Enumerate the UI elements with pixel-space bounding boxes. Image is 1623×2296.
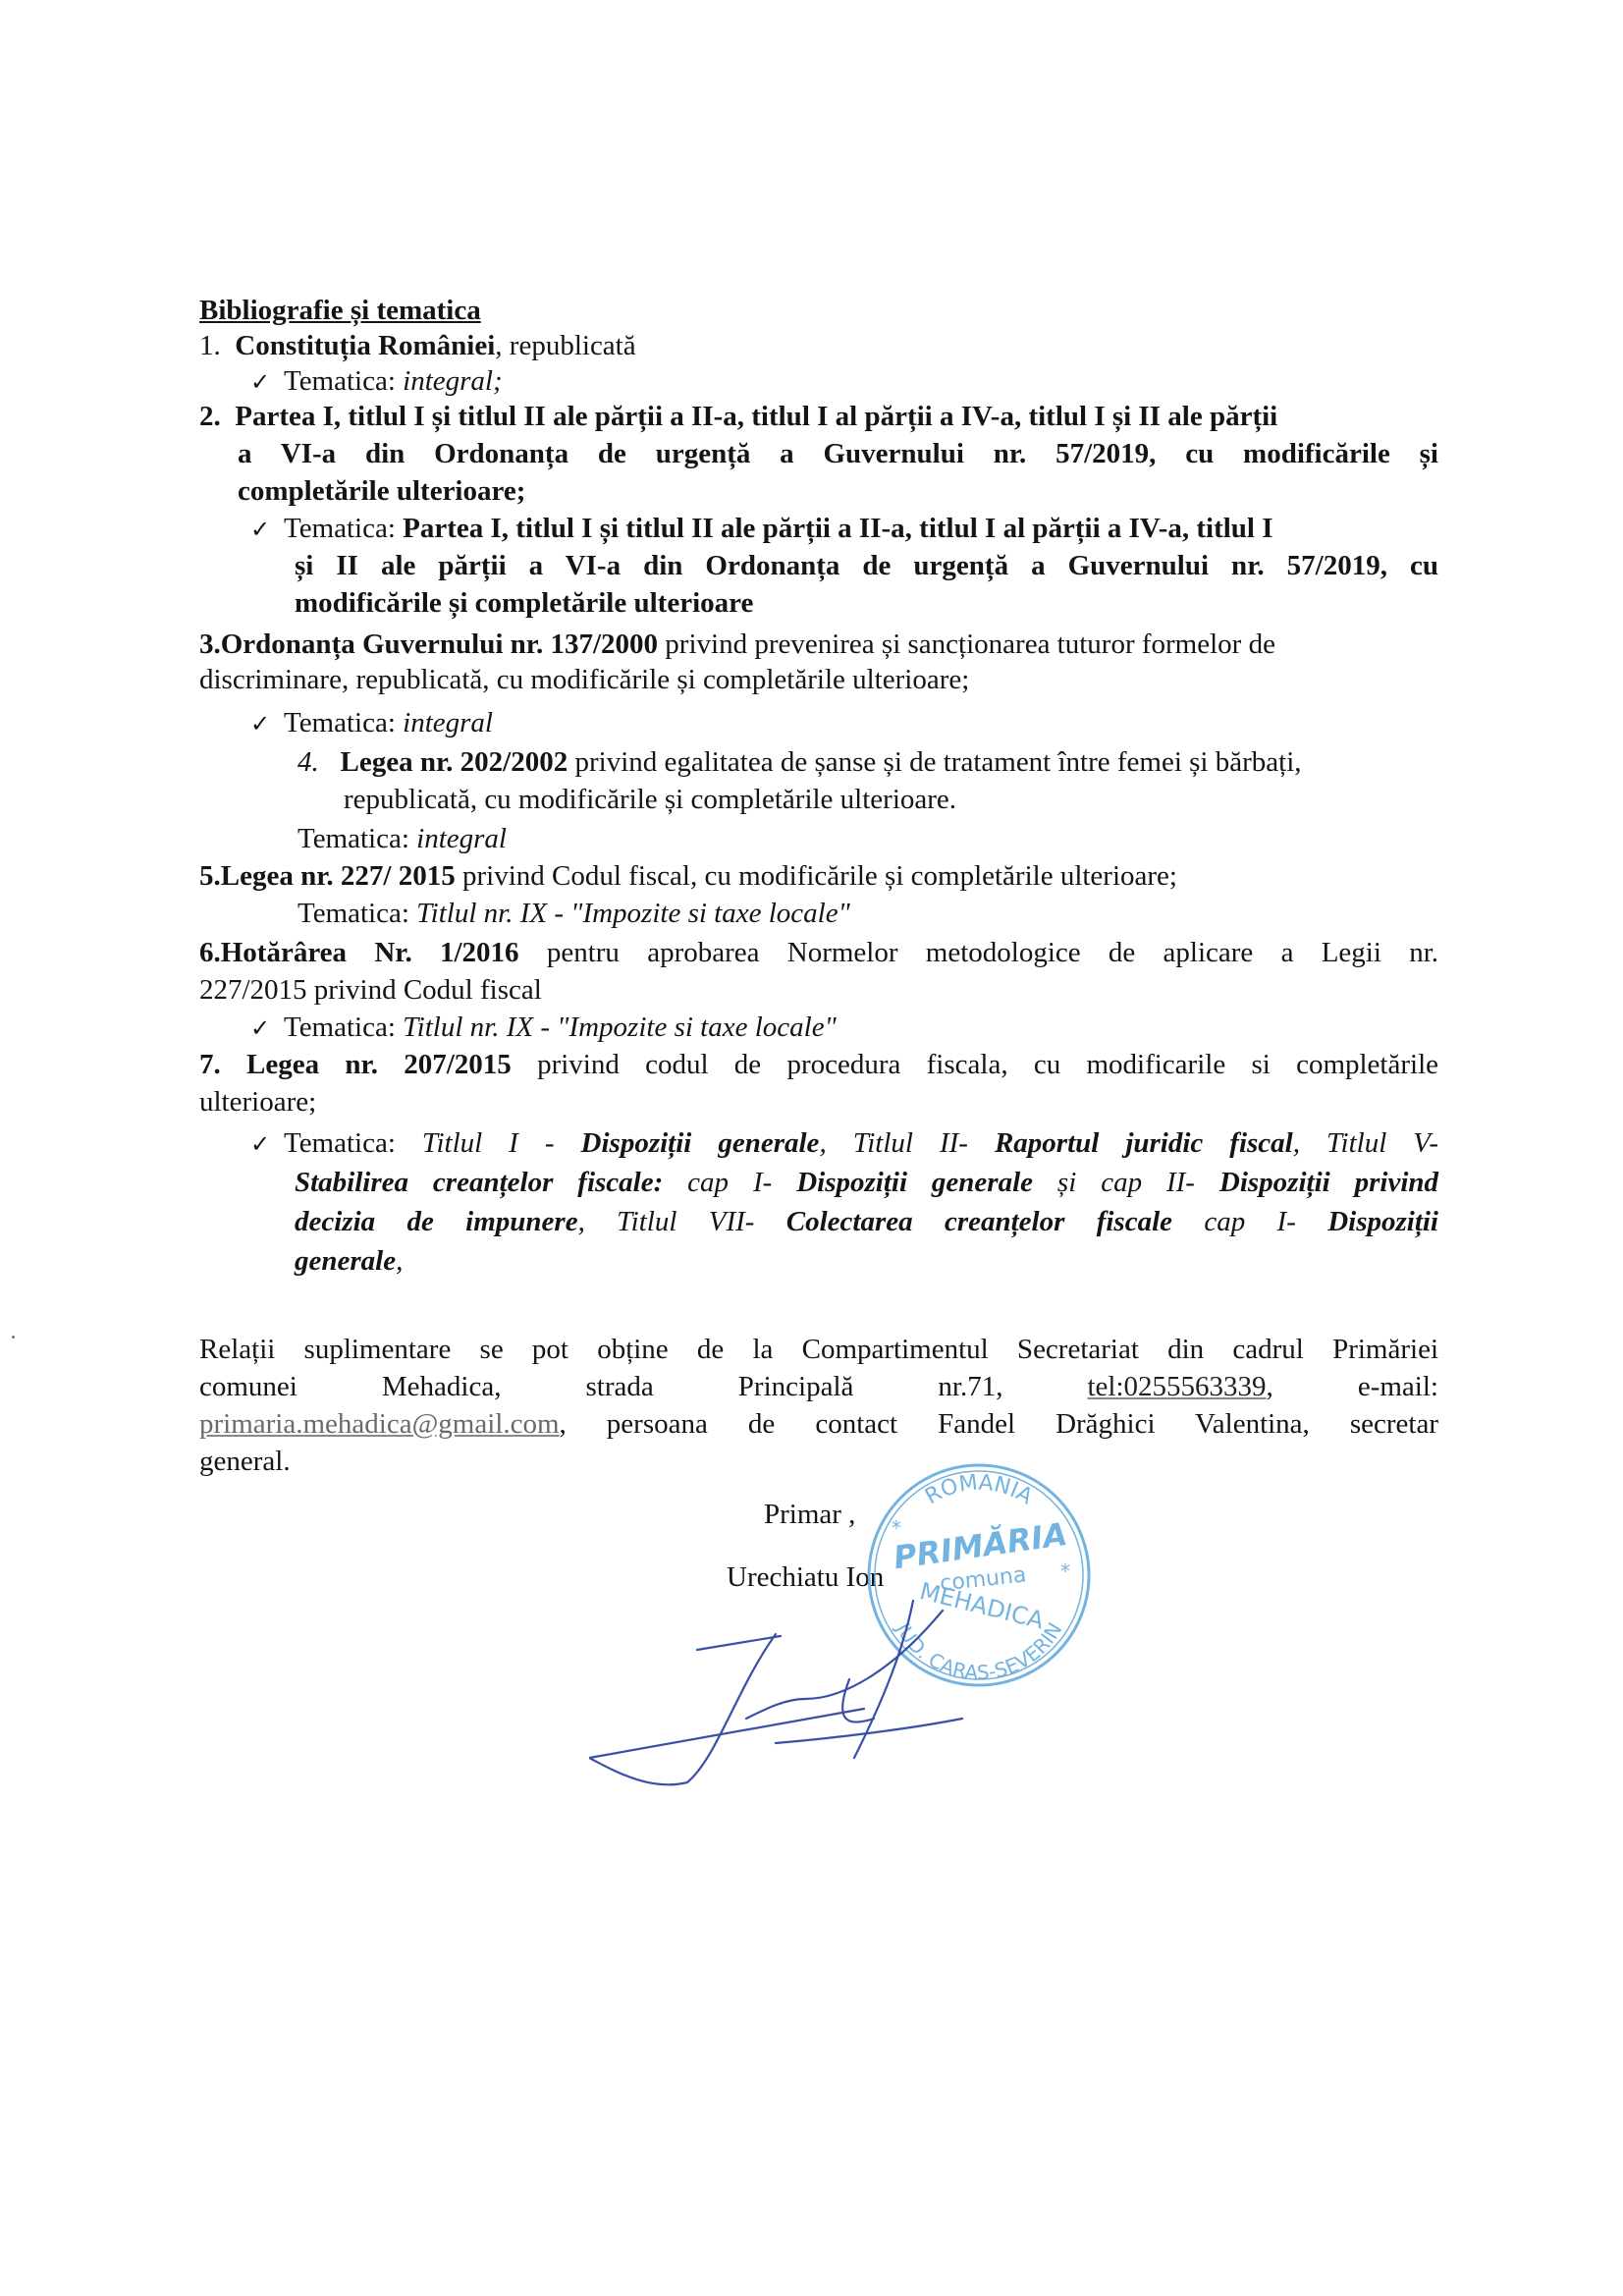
tematica-value: Partea I, titlul I și titlul II ale părț… (403, 513, 1272, 544)
tematica-text: cap I- (663, 1167, 796, 1198)
tematica-emph: Dispoziții (1327, 1206, 1438, 1237)
tematica-value: integral; (403, 365, 503, 397)
tematica-value: integral (416, 823, 507, 854)
tematica-emph: Raportul juridic fiscal (995, 1127, 1293, 1159)
item-6-tematica: ✓Tematica: Titlul nr. IX - "Impozite si … (250, 1008, 837, 1049)
contact-text: strada (586, 1367, 654, 1406)
contact-text: Mehadica, (382, 1367, 502, 1406)
item-text: privind Codul fiscal, cu modificările și… (456, 860, 1177, 892)
item-title: Partea I, titlul I și titlul II ale părț… (235, 401, 1277, 432)
tematica-emph: Colectarea creanțelor fiscale (786, 1206, 1172, 1237)
tematica-label: Tematica: (284, 1011, 396, 1043)
item-number: 1. (199, 330, 221, 361)
item-text: ulterioare; (199, 1086, 316, 1118)
item-7-tematica-line2: Stabilirea creanțelor fiscale: cap I- Di… (295, 1163, 1438, 1202)
item-title: Constituția României (235, 330, 495, 361)
tematica-value-cont: modificările și completările ulterioare (295, 587, 753, 619)
heading-text: Bibliografie și tematica (199, 295, 481, 326)
section-heading: Bibliografie și tematica (199, 291, 481, 330)
item-6-line2: 227/2015 privind Codul fiscal (199, 970, 542, 1010)
tematica-emph: Dispoziții generale (581, 1127, 820, 1159)
item-text: 227/2015 privind Codul fiscal (199, 974, 542, 1006)
tematica-emph: generale (295, 1245, 396, 1277)
item-7-tematica: ✓Tematica: Titlul I - Dispoziții general… (250, 1123, 1438, 1165)
item-1: 1. Constituția României, republicată (199, 326, 636, 365)
item-7-tematica-line3: decizia de impunere, Titlul VII- Colecta… (295, 1202, 1438, 1241)
item-text: privind egalitatea de șanse și de tratam… (568, 746, 1301, 778)
check-icon: ✓ (250, 1010, 284, 1049)
check-icon: ✓ (250, 705, 284, 744)
contact-text: e-mail: (1358, 1367, 1438, 1406)
phone-link[interactable]: tel:0255563339 (1088, 1371, 1267, 1402)
item-5: 5.Legea nr. 227/ 2015 privind Codul fisc… (199, 856, 1177, 896)
check-icon: ✓ (250, 1125, 284, 1165)
tematica-text: , Titlul VII- (578, 1206, 786, 1237)
tematica-emph: decizia de impunere (295, 1206, 578, 1237)
item-text: privind codul de procedura fiscala, cu m… (512, 1049, 1438, 1080)
item-2: 2. Partea I, titlul I și titlul II ale p… (199, 397, 1438, 436)
contact-text: general. (199, 1446, 291, 1477)
item-4-line2: republicată, cu modificările și completă… (344, 780, 956, 819)
check-icon: ✓ (250, 511, 284, 550)
tematica-label: Tematica: (284, 513, 396, 544)
item-title: Legea nr. 202/2002 (341, 746, 568, 778)
item-5-tematica: Tematica: Titlul nr. IX - "Impozite si t… (298, 894, 850, 933)
tematica-emph: Dispoziții privind (1219, 1167, 1438, 1198)
tematica-label: Tematica: (284, 707, 396, 738)
tematica-text: Titlul I - (422, 1127, 581, 1159)
email-link[interactable]: primaria.mehadica@gmail.com (199, 1408, 560, 1440)
contact-text: , (1267, 1371, 1273, 1402)
item-text: , republicată (495, 330, 635, 361)
tematica-text: , (396, 1245, 403, 1277)
svg-text:ROMANIA: ROMANIA (921, 1471, 1037, 1510)
item-text: discriminare, republicată, cu modificări… (199, 664, 969, 695)
contact-line-4: general. (199, 1442, 291, 1481)
contact-line-3: primaria.mehadica@gmail.com, persoana de… (199, 1404, 1438, 1444)
tematica-value-cont: și II ale părții a VI-a din Ordonanța de… (295, 550, 1438, 581)
tematica-emph: Stabilirea creanțelor fiscale: (295, 1167, 663, 1198)
item-3: 3.Ordonanța Guvernului nr. 137/2000 priv… (199, 625, 1275, 664)
svg-text:*: * (892, 1516, 901, 1540)
contact-text: comunei (199, 1367, 298, 1406)
tematica-text: cap I- (1172, 1206, 1327, 1237)
item-text: republicată, cu modificările și completă… (344, 784, 956, 815)
item-4-tematica: Tematica: integral (298, 819, 507, 858)
contact-text: nr.71, (938, 1367, 1002, 1406)
item-text: privind prevenirea și sancționarea tutur… (658, 629, 1275, 660)
item-title: 3.Ordonanța Guvernului nr. 137/2000 (199, 629, 658, 660)
item-title: 6.Hotărârea Nr. 1/2016 (199, 937, 519, 968)
item-title: 5.Legea nr. 227/ 2015 (199, 860, 456, 892)
item-2-line3: completările ulterioare; (238, 471, 525, 511)
tematica-value: Titlul nr. IX - "Impozite si taxe locale… (416, 898, 850, 929)
scan-speck (12, 1336, 15, 1339)
contact-line-1: Relații suplimentare se pot obține de la… (199, 1330, 1438, 1369)
item-3-line2: discriminare, republicată, cu modificări… (199, 660, 969, 699)
item-7-line2: ulterioare; (199, 1082, 316, 1121)
item-7-tematica-line4: generale, (295, 1241, 403, 1281)
tematica-emph: Dispoziții generale (796, 1167, 1033, 1198)
item-4: 4. Legea nr. 202/2002 privind egalitatea… (298, 742, 1302, 782)
item-title-cont: completările ulterioare; (238, 475, 525, 507)
item-3-tematica: ✓Tematica: integral (250, 703, 493, 744)
tematica-label: Tematica: (298, 898, 409, 929)
tematica-label: Tematica: (298, 823, 409, 854)
item-2-tematica-line3: modificările și completările ulterioare (295, 583, 753, 623)
document-page: Bibliografie și tematica 1. Constituția … (0, 0, 1623, 2296)
item-7: 7. Legea nr. 207/2015 privind codul de p… (199, 1045, 1438, 1084)
tematica-value: integral (403, 707, 493, 738)
item-title-cont: a VI-a din Ordonanța de urgență a Guvern… (238, 438, 1438, 469)
item-2-tematica-line2: și II ale părții a VI-a din Ordonanța de… (295, 546, 1438, 585)
item-title: 7. Legea nr. 207/2015 (199, 1049, 512, 1080)
tematica-text: , Titlul V- (1293, 1127, 1438, 1159)
signatory-role: Primar , (764, 1495, 855, 1534)
item-2-tematica: ✓Tematica: Partea I, titlul I și titlul … (250, 509, 1438, 550)
item-6: 6.Hotărârea Nr. 1/2016 pentru aprobarea … (199, 933, 1438, 972)
signature-scribble-icon (589, 1571, 1100, 1787)
contact-text: Principală (738, 1367, 854, 1406)
tematica-text: , Titlul II- (819, 1127, 995, 1159)
tematica-text: și cap II- (1033, 1167, 1219, 1198)
role-text: Primar , (764, 1499, 855, 1530)
item-number: 2. (199, 401, 221, 432)
item-number: 4. (298, 746, 319, 778)
item-2-line2: a VI-a din Ordonanța de urgență a Guvern… (238, 434, 1438, 473)
contact-text: Relații suplimentare se pot obține de la… (199, 1334, 1438, 1365)
tematica-label: Tematica: (284, 1127, 396, 1159)
contact-line-2: comunei Mehadica, strada Principală nr.7… (199, 1367, 1438, 1406)
contact-text: , persoana de contact Fandel Drăghici Va… (560, 1408, 1438, 1440)
tematica-label: Tematica: (284, 365, 396, 397)
item-text: pentru aprobarea Normelor metodologice d… (519, 937, 1438, 968)
tematica-value: Titlul nr. IX - "Impozite si taxe locale… (403, 1011, 837, 1043)
